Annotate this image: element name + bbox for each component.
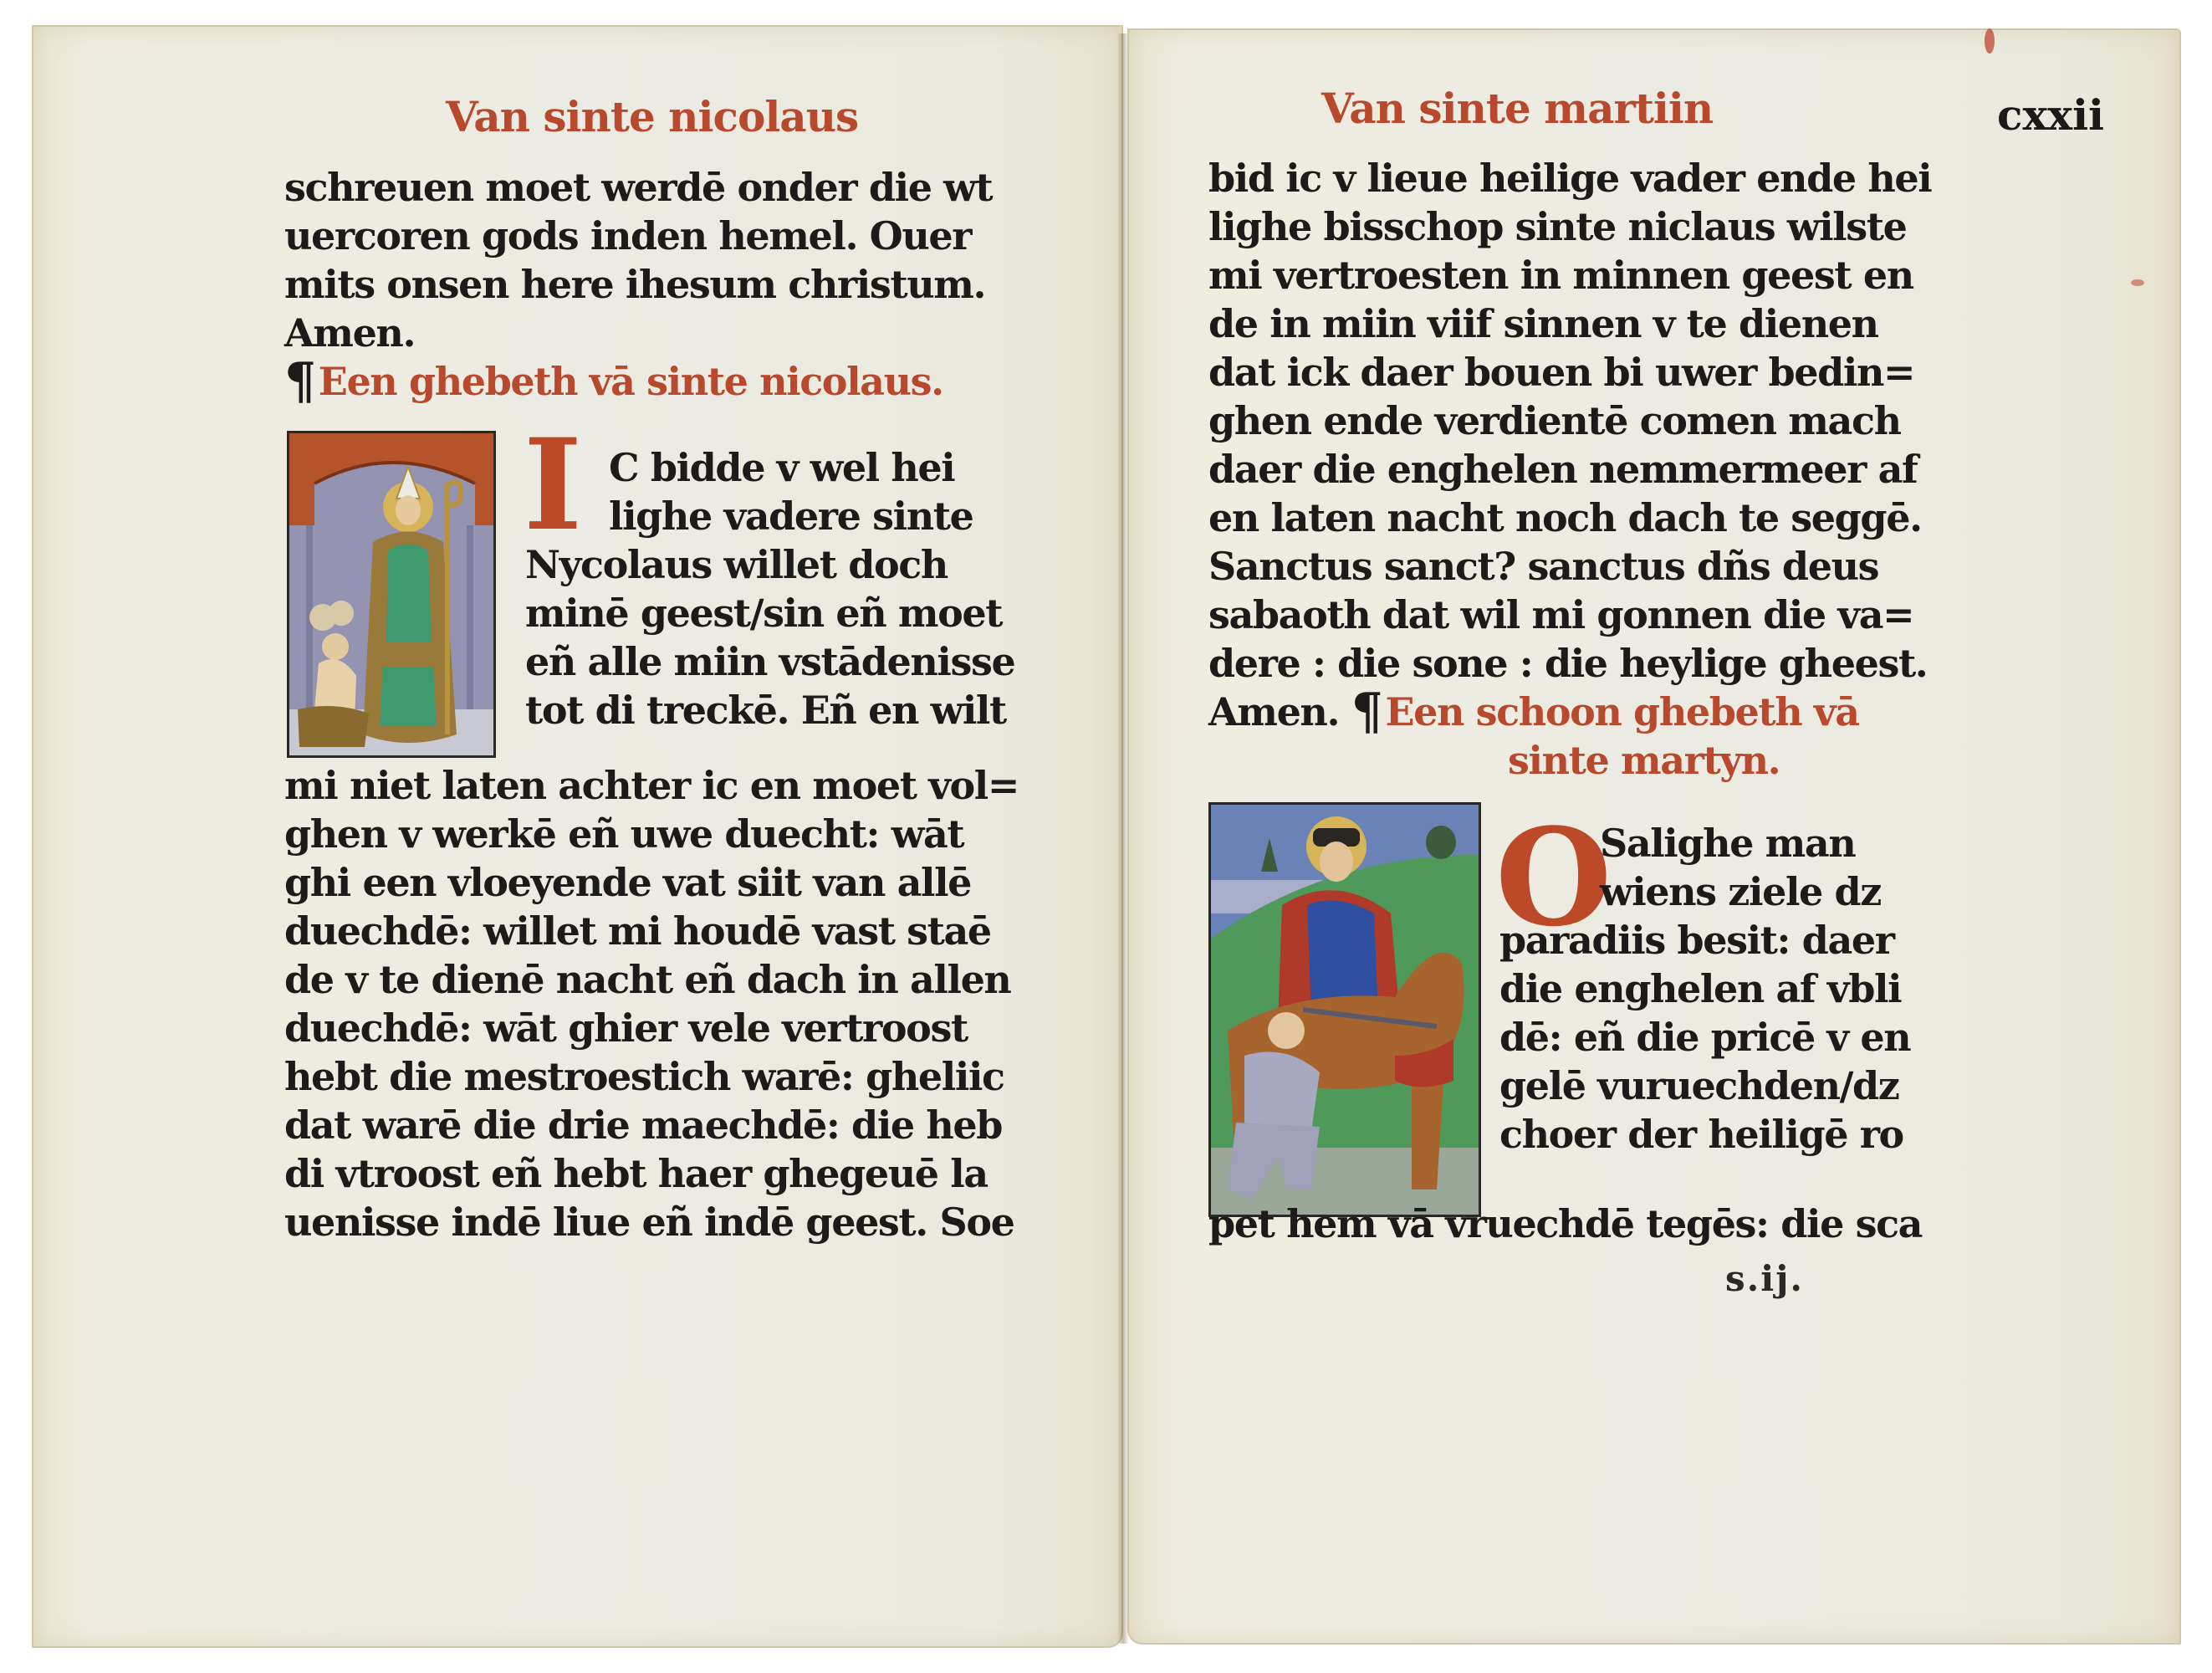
text-line: choer der heiligē ro <box>1499 1110 1903 1159</box>
text-line: ghen ende verdientē comen mach <box>1208 397 1901 445</box>
pilcrow-icon: ¶ <box>1351 691 1382 733</box>
text-line: dat ick daer bouen bi uwer bedin= <box>1208 348 1914 397</box>
running-head: Van sinte nicolaus <box>446 92 858 141</box>
text-line: tot di treckē. Eñ en wilt <box>525 686 1006 734</box>
pilcrow-icon: ¶ <box>284 361 315 402</box>
text-line: pet hem vā vruechdē tegēs: die sca <box>1208 1200 1922 1248</box>
folio-number: cxxii <box>1997 90 2104 140</box>
text-line: uenisse indē liue eñ indē geest. Soe <box>284 1198 1014 1246</box>
text-line: di vtroost eñ hebt haer ghegeuē la <box>284 1149 988 1198</box>
amen-rubric-line: Amen. ¶Een schoon ghebeth vā <box>1208 688 1859 736</box>
text-line: ghi een vloeyende vat siit van allē <box>284 858 971 907</box>
text-line: eñ alle miin vstādenisse <box>525 637 1014 686</box>
amen-text: Amen. <box>1208 689 1339 734</box>
prayer-heading-text: Een schoon ghebeth vā <box>1386 689 1859 734</box>
text-line: uercoren gods inden hemel. Ouer <box>284 212 971 260</box>
text-line: dē: eñ die pricē v en <box>1499 1013 1910 1062</box>
signature-mark: s.ij. <box>1725 1258 1804 1299</box>
text-line: paradiis besit: daer <box>1499 916 1894 964</box>
text-line: C bidde v wel hei <box>609 443 954 492</box>
prayer-heading-text: Een ghebeth vā sinte nicolaus. <box>319 359 943 404</box>
text-line: mi niet laten achter ic en moet vol= <box>284 761 1019 810</box>
red-initial-I: I <box>524 422 582 548</box>
text-line: hebt die mestroestich warē: gheliic <box>284 1052 1004 1101</box>
text-line: mits onsen here ihesum christum. <box>284 260 985 309</box>
text-line: Sanctus sanct? sanctus dñs deus <box>1208 542 1878 591</box>
right-page: Van sinte martiin cxxii bid ic v lieue h… <box>1127 28 2181 1645</box>
text-line: de v te dienē nacht eñ dach in allen <box>284 955 1010 1004</box>
text-line: gelē vuruechden/dz <box>1499 1062 1899 1110</box>
text-line: daer die enghelen nemmermeer af <box>1208 445 1917 494</box>
text-line: bid ic v lieue heilige vader ende hei <box>1208 154 1931 202</box>
text-line: duechdē: wāt ghier vele vertroost <box>284 1004 968 1052</box>
text-line: sabaoth dat wil mi gonnen die va= <box>1208 591 1913 639</box>
text-line: ghen v werkē eñ uwe duecht: wāt <box>284 810 963 858</box>
red-ink-stain <box>1985 28 1995 54</box>
red-ink-stain <box>2131 279 2144 286</box>
text-line: schreuen moet werdē onder die wt <box>284 163 992 212</box>
saint-martin-illustration <box>1208 802 1481 1217</box>
text-line: de in miin viif sinnen v te dienen <box>1208 299 1878 348</box>
saint-martin-image <box>1211 805 1479 1215</box>
text-line: mi vertroesten in minnen geest en <box>1208 251 1913 299</box>
prayer-heading: ¶Een ghebeth vā sinte nicolaus. <box>284 357 943 406</box>
saint-nicholas-image <box>289 433 493 755</box>
text-line: wiens ziele dz <box>1600 867 1881 916</box>
saint-nicholas-illustration <box>287 431 496 758</box>
running-head: Van sinte martiin <box>1321 84 1713 133</box>
text-line: lighe vadere sinte <box>609 492 973 540</box>
text-line: die enghelen af vbli <box>1499 964 1901 1013</box>
text-line: lighe bisschop sinte niclaus wilste <box>1208 202 1906 251</box>
text-line: minē geest/sin eñ moet <box>525 589 1002 637</box>
text-line: duechdē: willet mi houdē vast staē <box>284 907 991 955</box>
text-line: Salighe man <box>1600 819 1855 867</box>
text-line: dere : die sone : die heylige gheest. <box>1208 639 1927 688</box>
left-page: Van sinte nicolaus schreuen moet werdē o… <box>32 25 1123 1648</box>
prayer-heading-continued: sinte martyn. <box>1508 736 1780 785</box>
text-line: en laten nacht noch dach te seggē. <box>1208 494 1922 542</box>
text-line: Amen. <box>284 309 415 357</box>
text-line: dat warē die drie maechdē: die heb <box>284 1101 1002 1149</box>
text-line: Nycolaus willet doch <box>525 540 948 589</box>
